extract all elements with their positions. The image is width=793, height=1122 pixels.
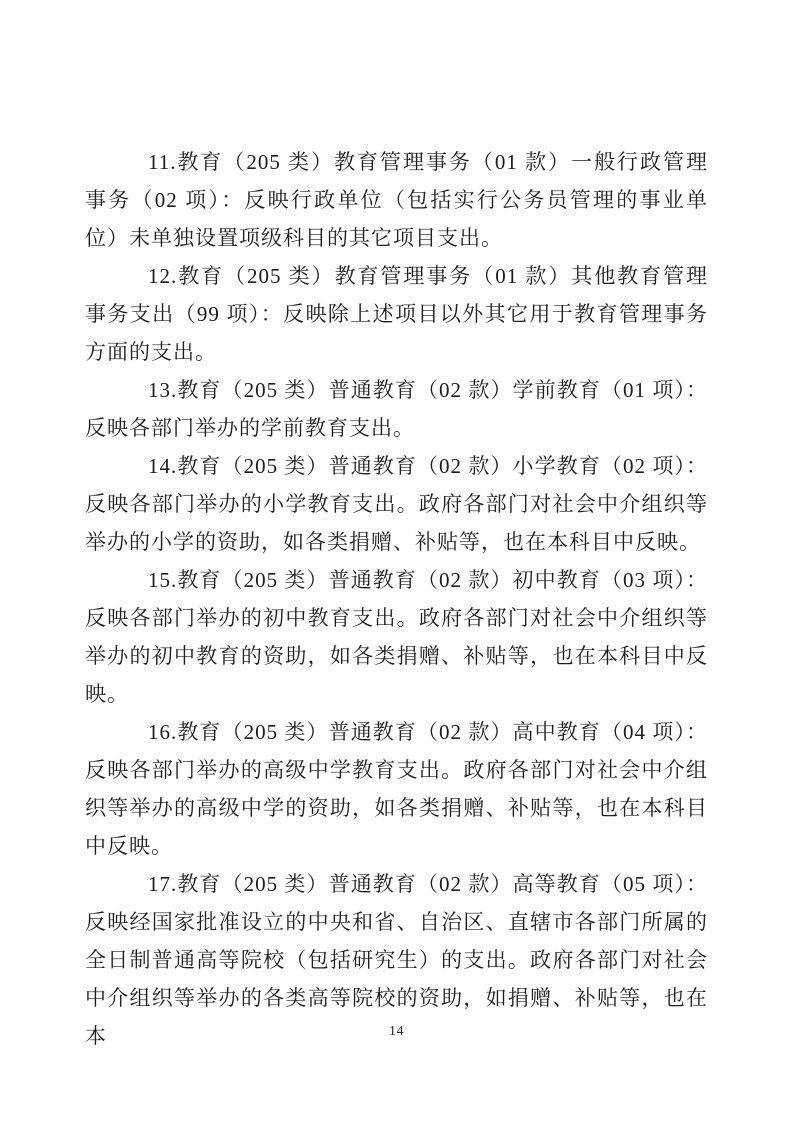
page-footer: 14 bbox=[0, 1022, 793, 1040]
paragraph-item-14: 14.教育（205 类）普通教育（02 款）小学教育（02 项）：反映各部门举办… bbox=[85, 447, 708, 561]
paragraph-item-13: 13.教育（205 类）普通教育（02 款）学前教育（01 项）：反映各部门举办… bbox=[85, 371, 708, 447]
paragraph-item-12: 12.教育（205 类）教育管理事务（01 款）其他教育管理事务支出（99 项）… bbox=[85, 257, 708, 371]
document-body: 11.教育（205 类）教育管理事务（01 款）一般行政管理事务（02 项）：反… bbox=[85, 143, 708, 1055]
paragraph-item-16: 16.教育（205 类）普通教育（02 款）高中教育（04 项）：反映各部门举办… bbox=[85, 713, 708, 865]
paragraph-item-11: 11.教育（205 类）教育管理事务（01 款）一般行政管理事务（02 项）：反… bbox=[85, 143, 708, 257]
paragraph-item-15: 15.教育（205 类）普通教育（02 款）初中教育（03 项）：反映各部门举办… bbox=[85, 561, 708, 713]
document-page: 11.教育（205 类）教育管理事务（01 款）一般行政管理事务（02 项）：反… bbox=[0, 0, 793, 1122]
page-number: 14 bbox=[389, 1024, 404, 1039]
